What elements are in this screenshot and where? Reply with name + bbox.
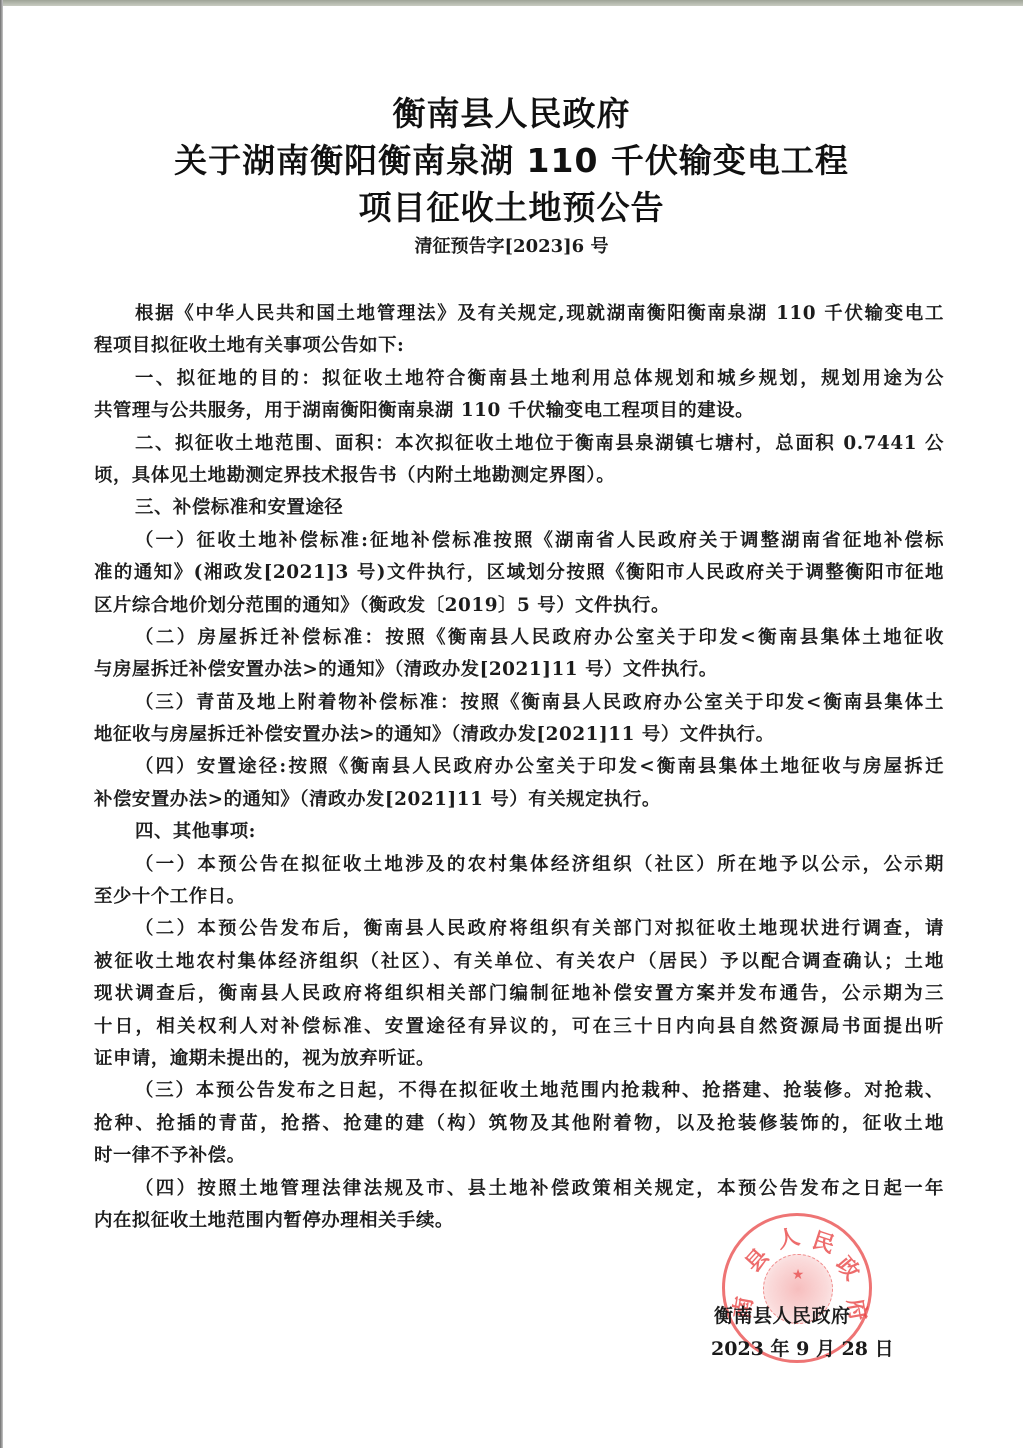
title-line-subject: 关于湖南衡阳衡南泉湖 110 千伏输变电工程	[0, 137, 1023, 184]
document-page: 衡南县人民政府 关于湖南衡阳衡南泉湖 110 千伏输变电工程 项目征收土地预公告…	[0, 0, 1023, 1448]
body-text-line: 至少十个工作日。	[94, 881, 944, 913]
body-text-line: 共管理与公共服务，用于湖南衡阳衡南泉湖 110 千伏输变电工程项目的建设。	[94, 395, 944, 427]
body-text-line: 四、其他事项:	[94, 816, 944, 848]
star-icon: ★	[764, 1267, 832, 1283]
body-text-line: （三）青苗及地上附着物补偿标准：按照《衡南县人民政府办公室关于印发<衡南县集体土	[94, 687, 944, 719]
body-text-line: 区片综合地价划分范围的通知》（衡政发〔2019〕5 号）文件执行。	[94, 590, 944, 622]
body-text-line: 证申请，逾期未提出的，视为放弃听证。	[94, 1043, 944, 1075]
title-line-issuer: 衡南县人民政府	[0, 90, 1023, 137]
body-text-line: （四）按照土地管理法律法规及市、县土地补偿政策相关规定，本预公告发布之日起一年	[94, 1173, 944, 1205]
body-text-line: （一）征收土地补偿标准:征地补偿标准按照《湖南省人民政府关于调整湖南省征地补偿标	[94, 525, 944, 557]
body-text-line: 与房屋拆迁补偿安置办法>的通知》（清政办发[2021]11 号）文件执行。	[94, 654, 944, 686]
body-text-line: （一）本预公告在拟征收土地涉及的农村集体经济组织（社区）所在地予以公示，公示期	[94, 849, 944, 881]
body-text-line: （二）房屋拆迁补偿标准：按照《衡南县人民政府办公室关于印发<衡南县集体土地征收	[94, 622, 944, 654]
body-text-line: 根据《中华人民共和国土地管理法》及有关规定,现就湖南衡阳衡南泉湖 110 千伏输…	[94, 298, 944, 330]
body-text-line: （二）本预公告发布后，衡南县人民政府将组织有关部门对拟征收土地现状进行调查，请	[94, 913, 944, 945]
body-text-line: 程项目拟征收土地有关事项公告如下:	[94, 330, 944, 362]
body-text-line: 二、拟征收土地范围、面积：本次拟征收土地位于衡南县泉湖镇七塘村，总面积 0.74…	[94, 428, 944, 460]
body-text-line: （三）本预公告发布之日起，不得在拟征收土地范围内抢栽种、抢搭建、抢装修。对抢栽、	[94, 1075, 944, 1107]
document-body: 根据《中华人民共和国土地管理法》及有关规定,现就湖南衡阳衡南泉湖 110 千伏输…	[94, 298, 944, 1237]
body-text-line: 时一律不予补偿。	[94, 1140, 944, 1172]
body-text-line: 顷，具体见土地勘测定界技术报告书（内附土地勘测定界图）。	[94, 460, 944, 492]
body-text-line: 抢种、抢插的青苗，抢搭、抢建的建（构）筑物及其他附着物，以及抢装修装饰的，征收土…	[94, 1108, 944, 1140]
body-text-line: 准的通知》(湘政发[2021]3 号)文件执行，区域划分按照《衡阳市人民政府关于…	[94, 557, 944, 589]
body-text-line: 一、拟征地的目的：拟征收土地符合衡南县土地利用总体规划和城乡规划，规划用途为公	[94, 363, 944, 395]
title-line-type: 项目征收土地预公告	[0, 184, 1023, 231]
body-text-line: 内在拟征收土地范围内暂停办理相关手续。	[94, 1205, 944, 1237]
seal-char: 政	[830, 1249, 868, 1286]
body-text-line: （四）安置途径:按照《衡南县人民政府办公室关于印发<衡南县集体土地征收与房屋拆迁	[94, 751, 944, 783]
signature-date: 2023 年 9 月 28 日	[711, 1336, 894, 1362]
body-text-line: 补偿安置办法>的通知》（清政办发[2021]11 号）有关规定执行。	[94, 784, 944, 816]
body-text-line: 三、补偿标准和安置途径	[94, 492, 944, 524]
body-text-line: 地征收与房屋拆迁补偿安置办法>的通知》（清政办发[2021]11 号）文件执行。	[94, 719, 944, 751]
body-text-line: 被征收土地农村集体经济组织（社区）、有关单位、有关农户（居民）予以配合调查确认；…	[94, 946, 944, 978]
body-text-line: 现状调查后，衡南县人民政府将组织相关部门编制征地补偿安置方案并发布通告，公示期为…	[94, 978, 944, 1010]
document-number: 清征预告字[2023]6 号	[0, 234, 1023, 260]
document-title: 衡南县人民政府 关于湖南衡阳衡南泉湖 110 千伏输变电工程 项目征收土地预公告	[0, 90, 1023, 231]
seal-char: 县	[737, 1241, 775, 1278]
body-text-line: 十日，相关权利人对补偿标准、安置途径有异议的，可在三十日内向县自然资源局书面提出…	[94, 1011, 944, 1043]
signature-organization: 衡南县人民政府	[714, 1303, 851, 1329]
